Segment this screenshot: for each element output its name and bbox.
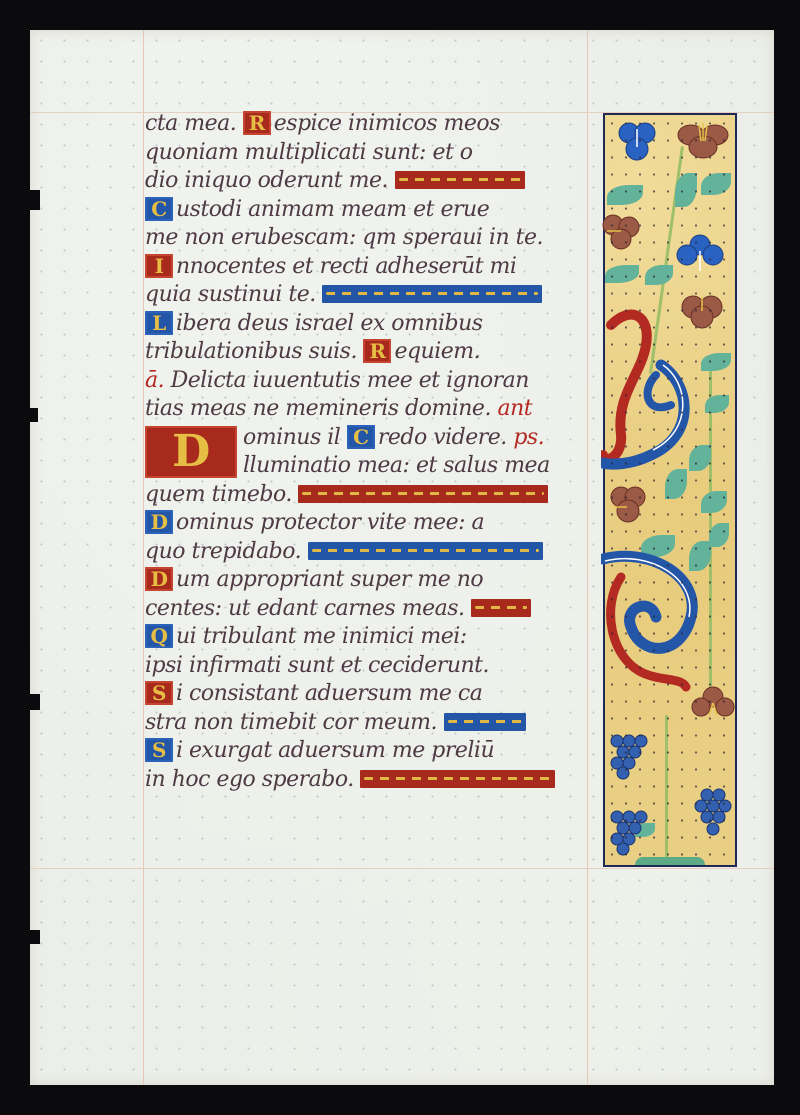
leaf-icon xyxy=(665,469,687,499)
acanthus-scroll-icon xyxy=(601,547,711,697)
decorated-initial: S xyxy=(145,738,173,762)
text-column: cta mea. Respice inimicos meosquoniam mu… xyxy=(145,110,585,794)
rubric-marker: ant xyxy=(497,396,532,421)
line-text: ominus protector vite mee: a xyxy=(176,510,484,535)
brown-flower-icon xyxy=(679,291,725,331)
line-text: equiem. xyxy=(394,339,480,364)
line-filler xyxy=(395,171,525,189)
leaf-icon xyxy=(645,265,673,285)
illuminated-border xyxy=(603,113,737,867)
leaf-icon xyxy=(705,395,729,413)
line-text: dio iniquo oderunt me. xyxy=(145,168,388,193)
grapes-icon xyxy=(609,809,649,857)
decorated-initial: S xyxy=(145,681,173,705)
line-filler xyxy=(308,542,543,560)
leaf-icon xyxy=(701,491,727,513)
text-line: Innocentes et recti adheserūt mi xyxy=(145,253,585,282)
brown-flower-icon xyxy=(675,115,731,161)
line-text: nnocentes et recti adheserūt mi xyxy=(176,254,516,279)
brown-flower-icon xyxy=(689,685,737,725)
text-line: in hoc ego sperabo. xyxy=(145,766,585,795)
line-filler xyxy=(471,599,531,617)
leaf-icon xyxy=(675,173,697,207)
ruling-line-right xyxy=(587,30,588,1085)
leaf-icon xyxy=(709,523,729,547)
text-line: tias meas ne memineris domine. ant xyxy=(145,395,585,424)
leaf-icon xyxy=(689,445,711,471)
line-filler xyxy=(322,285,542,303)
decorated-initial: R xyxy=(243,111,271,135)
rubric-marker: ā. xyxy=(145,368,164,393)
text-line: quem timebo. xyxy=(145,481,585,510)
text-line: Si exurgat aduersum me preliū xyxy=(145,737,585,766)
decorated-initial: Q xyxy=(145,624,173,648)
line-text: ui tribulant me inimici mei: xyxy=(176,624,467,649)
line-text: ibera deus israel ex omnibus xyxy=(176,311,483,336)
decorated-initial: C xyxy=(347,425,375,449)
line-text: ominus il xyxy=(243,425,340,450)
grass-ground xyxy=(635,857,705,865)
initial-letter: L xyxy=(145,311,173,335)
line-text: i exurgat aduersum me preliū xyxy=(176,738,494,763)
line-text: quoniam multiplicati sunt: et o xyxy=(145,140,473,165)
line-text: quia sustinui te. xyxy=(145,282,316,307)
text-line: quia sustinui te. xyxy=(145,281,585,310)
vine-stem xyxy=(665,715,668,860)
decorated-initial: R xyxy=(363,339,391,363)
vine-stem xyxy=(709,355,712,695)
initial-letter: D xyxy=(145,567,173,591)
line-text: tribulationibus suis. xyxy=(145,339,357,364)
leaf-icon xyxy=(635,823,655,837)
text-line: Qui tribulant me inimici mei: xyxy=(145,623,585,652)
line-text: um appropriant super me no xyxy=(176,567,483,592)
rubric-marker: ps. xyxy=(513,425,544,450)
line-text: Delicta iuuentutis mee et ignoran xyxy=(171,368,529,393)
decorated-initial: D xyxy=(145,567,173,591)
line-text: quo trepidabo. xyxy=(145,539,301,564)
initial-letter: C xyxy=(347,425,375,449)
grapes-icon xyxy=(609,733,649,781)
text-line: Libera deus israel ex omnibus xyxy=(145,310,585,339)
initial-letter: R xyxy=(243,111,271,135)
decorated-initial: C xyxy=(145,197,173,221)
text-line: stra non timebit cor meum. xyxy=(145,709,585,738)
text-line: ipsi infirmati sunt et ceciderunt. xyxy=(145,652,585,681)
binding-notch xyxy=(30,694,40,710)
text-line: centes: ut edant carnes meas. xyxy=(145,595,585,624)
blue-flower-icon xyxy=(615,119,659,163)
brown-flower-icon xyxy=(607,483,649,525)
line-text: espice inimicos meos xyxy=(274,111,500,136)
initial-letter: C xyxy=(145,197,173,221)
binding-notch xyxy=(30,930,40,944)
line-filler xyxy=(444,713,526,731)
text-line: cta mea. Respice inimicos meos xyxy=(145,110,585,139)
text-line: Dominus il Credo videre. ps. xyxy=(145,424,585,453)
line-text: in hoc ego sperabo. xyxy=(145,767,354,792)
line-text: ustodi animam meam et erue xyxy=(176,197,489,222)
ruling-line-bottom xyxy=(30,868,774,869)
text-line: tribulationibus suis. Requiem. xyxy=(145,338,585,367)
line-text: stra non timebit cor meum. xyxy=(145,710,437,735)
decorated-initial: I xyxy=(145,254,173,278)
line-text: ipsi infirmati sunt et ceciderunt. xyxy=(145,653,489,678)
leaf-icon xyxy=(641,535,675,557)
line-text: redo videre. xyxy=(378,425,507,450)
line-text: i consistant aduersum me ca xyxy=(176,681,482,706)
initial-letter: R xyxy=(363,339,391,363)
text-line: ā. Delicta iuuentutis mee et ignoran xyxy=(145,367,585,396)
binding-notch xyxy=(30,408,38,422)
acanthus-scroll-icon xyxy=(601,305,701,475)
text-line: dio iniquo oderunt me. xyxy=(145,167,585,196)
text-line: Dominus protector vite mee: a xyxy=(145,509,585,538)
text-line: me non erubescam: qm speraui in te. xyxy=(145,224,585,253)
line-text: lluminatio mea: et salus mea xyxy=(243,453,550,478)
blue-flower-icon xyxy=(675,233,725,277)
leaf-icon xyxy=(701,353,731,371)
ruling-line-left xyxy=(143,30,144,1085)
text-line: Dum appropriant super me no xyxy=(145,566,585,595)
initial-letter: I xyxy=(145,254,173,278)
line-text: cta mea. xyxy=(145,111,236,136)
initial-letter: D xyxy=(145,510,173,534)
leaf-icon xyxy=(689,541,711,571)
text-line: quo trepidabo. xyxy=(145,538,585,567)
line-text: me non erubescam: qm speraui in te. xyxy=(145,225,543,250)
vine-stem xyxy=(649,146,684,374)
line-text: centes: ut edant carnes meas. xyxy=(145,596,465,621)
decorated-initial: L xyxy=(145,311,173,335)
leaf-icon xyxy=(701,173,731,195)
binding-notch xyxy=(30,190,40,210)
initial-letter: S xyxy=(145,738,173,762)
text-line: Custodi animam meam et erue xyxy=(145,196,585,225)
brown-flower-icon xyxy=(599,211,643,251)
decorated-initial: D xyxy=(145,510,173,534)
text-line: Si consistant aduersum me ca xyxy=(145,680,585,709)
initial-letter: Q xyxy=(145,624,173,648)
initial-letter: S xyxy=(145,681,173,705)
text-line: lluminatio mea: et salus mea xyxy=(145,452,585,481)
leaf-icon xyxy=(607,185,643,205)
line-filler xyxy=(360,770,555,788)
line-filler xyxy=(298,485,548,503)
line-text: tias meas ne memineris domine. xyxy=(145,396,491,421)
text-line: quoniam multiplicati sunt: et o xyxy=(145,139,585,168)
leaf-icon xyxy=(605,265,639,283)
line-text: quem timebo. xyxy=(145,482,292,507)
grapes-icon xyxy=(693,787,733,839)
